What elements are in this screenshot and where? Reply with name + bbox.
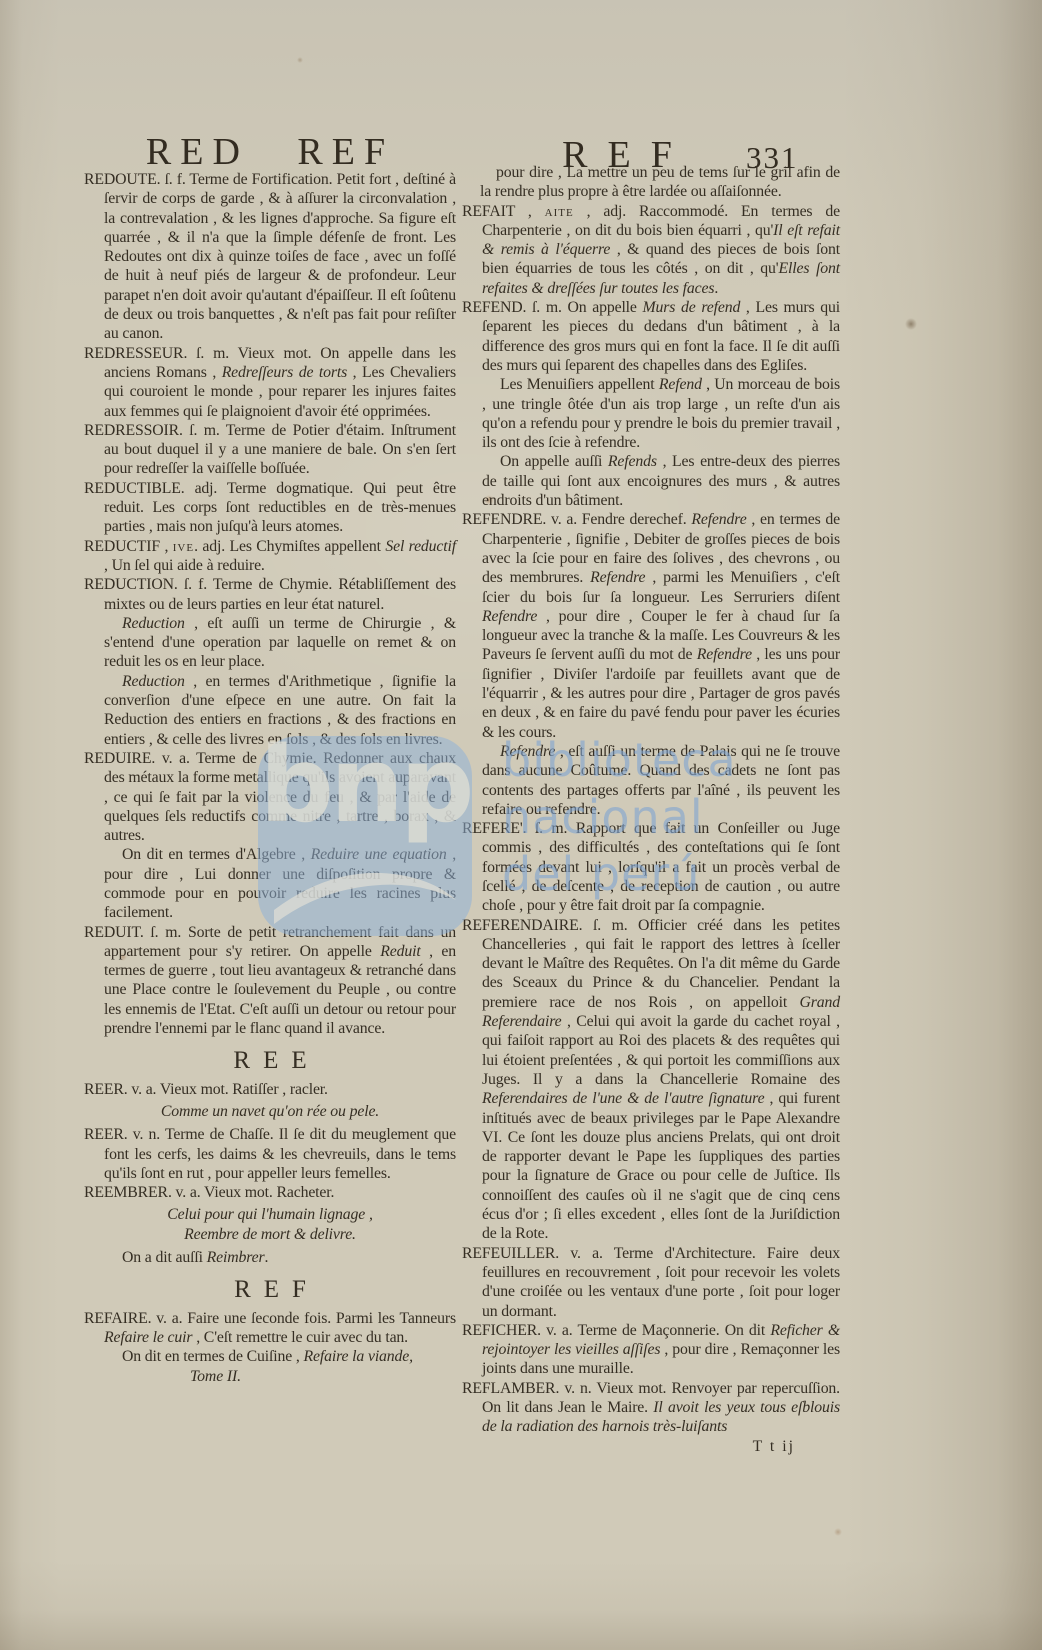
dictionary-entry: REFAIRE. v. a. Faire une ſeconde fois. P…	[84, 1309, 456, 1348]
italic-phrase: Refendre	[482, 608, 537, 625]
dictionary-entry: REDUIT. ſ. m. Sorte de petit retrancheme…	[84, 923, 456, 1039]
italic-phrase: Reimbrer	[207, 1249, 265, 1266]
entry-paragraph: Reduction , en termes d'Arithmetique , ſ…	[84, 672, 456, 749]
dictionary-entry: REFERE'. ſ. m. Rapport que fait un Conſe…	[462, 819, 840, 915]
italic-phrase: Il eſt refait & remis à l'équerre	[482, 222, 840, 258]
italic-phrase: Sel reductif	[385, 538, 456, 555]
dictionary-entry: REFERENDAIRE. ſ. m. Officier créé dans l…	[462, 916, 840, 1244]
left-column-running-head: RED REF	[84, 130, 456, 174]
italic-phrase: Referendaires de l'une & de l'autre ſign…	[482, 1090, 764, 1107]
italic-phrase: Refend	[659, 376, 702, 393]
dictionary-entry: REDRESSEUR. ſ. m. Vieux mot. On appelle …	[84, 344, 456, 421]
dictionary-entry: REER. v. n. Terme de Chaſſe. Il ſe dit d…	[84, 1125, 456, 1183]
dictionary-entry: REDUCTIF , ive. adj. Les Chymiſtes appel…	[84, 537, 456, 576]
italic-phrase: Reduit	[380, 943, 420, 960]
verse-line: Reembre de mort & delivre.	[84, 1225, 456, 1244]
entry-paragraph: Reduction , eſt auſſi un terme de Chirur…	[84, 614, 456, 672]
italic-phrase: Reduire une equation	[311, 846, 447, 863]
smallcaps-phrase: aite	[545, 203, 574, 220]
entry-paragraph: On dit en termes de Cuiſine , Refaire la…	[84, 1347, 456, 1366]
entry-paragraph: Les Menuiſiers appellent Refend , Un mor…	[462, 375, 840, 452]
verse-quote: Celui pour qui l'humain lignage ,Reembre…	[84, 1202, 456, 1248]
italic-phrase: Refendre	[691, 511, 746, 528]
dictionary-entry: REFAIT , aite , adj. Raccommodé. En term…	[462, 202, 840, 298]
italic-phrase: Il avoit les yeux tous eſblouis de la ra…	[482, 1399, 840, 1435]
dictionary-entry: REFENDRE. v. a. Fendre derechef. Refendr…	[462, 510, 840, 742]
dictionary-entry: REFICHER. v. a. Terme de Maçonnerie. On …	[462, 1321, 840, 1379]
verse-quote: Comme un navet qu'on rée ou pele.	[84, 1099, 456, 1125]
dictionary-entry: REER. v. a. Vieux mot. Ratiſſer , racler…	[84, 1080, 456, 1099]
dictionary-page: RED REF REF 331 REDOUTE. ſ. f. Terme de …	[0, 0, 1042, 1650]
entry-paragraph: pour dire , La mettre un peu de tems ſur…	[462, 163, 840, 202]
italic-phrase: Refaire la viande,	[304, 1348, 413, 1365]
section-heading: REE	[84, 1038, 456, 1079]
entry-paragraph: Refendre , eſt auſſi un terme de Palais …	[462, 742, 840, 819]
italic-phrase: Refendre	[500, 743, 555, 760]
italic-phrase: Elles ſont refaites & dreſſées ſur toute…	[482, 260, 840, 296]
italic-phrase: Refendre	[697, 646, 752, 663]
verse-line: Celui pour qui l'humain lignage ,	[84, 1205, 456, 1224]
dictionary-entry: REFEUILLER. v. a. Terme d'Architecture. …	[462, 1244, 840, 1321]
italic-phrase: Reduction	[122, 673, 185, 690]
italic-phrase: Grand Referendaire	[482, 994, 840, 1030]
entry-paragraph: On dit en termes d'Algebre , Reduire une…	[84, 845, 456, 922]
entry-paragraph: On appelle auſſi Refends , Les entre-deu…	[462, 452, 840, 510]
signature-mark: T t ij	[462, 1437, 840, 1456]
dictionary-entry: REFEND. ſ. m. On appelle Murs de refend …	[462, 298, 840, 375]
italic-phrase: Refends	[608, 453, 657, 470]
italic-phrase: Murs de refend	[643, 299, 741, 316]
dictionary-entry: REDUIRE. v. a. Terme de Chymie. Redonner…	[84, 749, 456, 845]
smallcaps-phrase: ive	[173, 538, 194, 555]
tome-label: Tome II.	[84, 1367, 456, 1386]
italic-phrase: Refaire le cuir	[104, 1329, 192, 1346]
right-text-column: pour dire , La mettre un peu de tems ſur…	[462, 163, 840, 1456]
italic-phrase: Refendre	[590, 569, 645, 586]
dictionary-entry: REDUCTION. ſ. f. Terme de Chymie. Rétabl…	[84, 575, 456, 614]
italic-phrase: Reficher & rejointoyer les vieilles aſſi…	[482, 1322, 840, 1358]
dictionary-entry: REDRESSOIR. ſ. m. Terme de Potier d'étai…	[84, 421, 456, 479]
dictionary-entry: REDUCTIBLE. adj. Terme dogmatique. Qui p…	[84, 479, 456, 537]
section-heading: REF	[84, 1267, 456, 1308]
dictionary-entry: REFLAMBER. v. n. Vieux mot. Renvoyer par…	[462, 1379, 840, 1437]
dictionary-entry: REDOUTE. ſ. f. Terme de Fortification. P…	[84, 170, 456, 344]
verse-line: Comme un navet qu'on rée ou pele.	[84, 1102, 456, 1121]
left-text-column: REDOUTE. ſ. f. Terme de Fortification. P…	[84, 170, 456, 1386]
italic-phrase: Redreſſeurs de torts	[222, 364, 347, 381]
dictionary-entry: REEMBRER. v. a. Vieux mot. Racheter.	[84, 1183, 456, 1202]
entry-paragraph: On a dit auſſi Reimbrer.	[84, 1248, 456, 1267]
italic-phrase: Reduction	[122, 615, 185, 632]
